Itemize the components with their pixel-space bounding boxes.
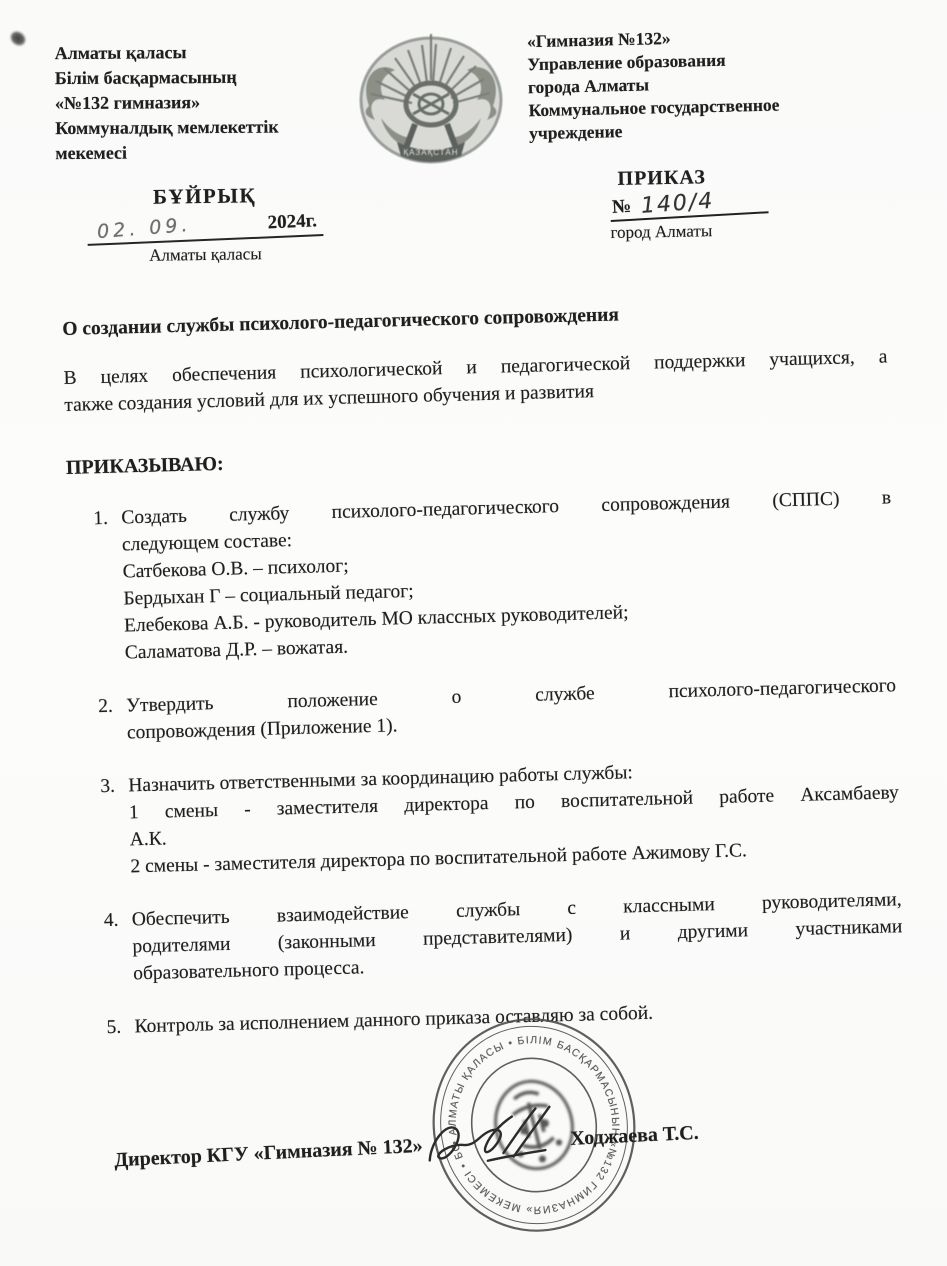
handwritten-order-number: 140/4 <box>640 191 715 218</box>
order-item-1: 1. Создать службу психолого-педагогическ… <box>67 484 895 668</box>
date-line: 02. 09. 2024г. <box>87 210 324 246</box>
item-text: Утвердить положение о службе психолого-п… <box>126 672 897 746</box>
text-line: Білім басқармасының <box>55 64 375 91</box>
order-number-line: № 140/4 <box>609 188 768 222</box>
order-block-russian: ПРИКАЗ № 140/4 город Алматы <box>609 164 840 243</box>
order-item-4: 4. Обеспечить взаимодействие службы с кл… <box>77 886 903 989</box>
scanned-order-document: Алматы қаласыБілім басқармасының«№132 ги… <box>0 0 947 1266</box>
signer-name: Ходжаева Т.С. <box>570 1122 699 1151</box>
year-label: 2024г. <box>267 210 317 234</box>
item-text: Назначить ответственными за координацию … <box>128 752 901 880</box>
scan-artifact-mark <box>8 28 29 48</box>
item-number: 4. <box>103 906 133 988</box>
item-number: 3. <box>100 772 131 881</box>
order-block-kazakh: БҰЙРЫҚ 02. 09. 2024г. Алматы қаласы <box>84 182 325 266</box>
text-line: мекемесі <box>55 139 375 166</box>
resolve-word: ПРИКАЗЫВАЮ: <box>66 433 890 482</box>
item-number: 1. <box>93 505 125 668</box>
order-title-russian: ПРИКАЗ <box>609 164 839 191</box>
handwritten-date: 02. 09. <box>96 214 192 243</box>
place-kazakh: Алматы қаласы <box>85 243 325 266</box>
signer-position: Директор КГУ «Гимназия № 132» <box>114 1135 423 1173</box>
text-line: Коммуналдық мемлекеттік <box>55 114 375 141</box>
order-item-3: 3. Назначить ответственными за координац… <box>74 752 901 882</box>
item-number: 5. <box>106 1013 135 1041</box>
order-item-2: 2. Утвердить положение о службе психолог… <box>72 672 897 748</box>
order-body: О создании службы психолого-педагогическ… <box>62 294 905 1041</box>
text-line: «№132 гимназия» <box>55 89 375 116</box>
kazakhstan-coat-of-arms-icon: ҚАЗАҚСТАН <box>351 20 511 168</box>
item-text: Обеспечить взаимодействие службы с класс… <box>131 886 903 987</box>
order-subject: О создании службы психолого-педагогическ… <box>62 294 886 343</box>
org-name-russian: «Гимназия №132»Управление образованиягор… <box>527 22 902 145</box>
order-preamble: В целях обеспечения психологической и пе… <box>63 343 888 419</box>
item-number: 2. <box>98 692 127 747</box>
number-sign: № <box>611 196 631 219</box>
org-name-kazakh: Алматы қаласыБілім басқармасының«№132 ги… <box>55 39 376 166</box>
order-title-kazakh: БҰЙРЫҚ <box>84 182 324 210</box>
place-russian: город Алматы <box>610 219 840 243</box>
text-line: Алматы қаласы <box>55 39 375 66</box>
item-text: Создать службу психолого-педагогического… <box>121 484 895 666</box>
emblem-banner-text: ҚАЗАҚСТАН <box>404 148 459 157</box>
handwritten-signature <box>415 1102 568 1184</box>
